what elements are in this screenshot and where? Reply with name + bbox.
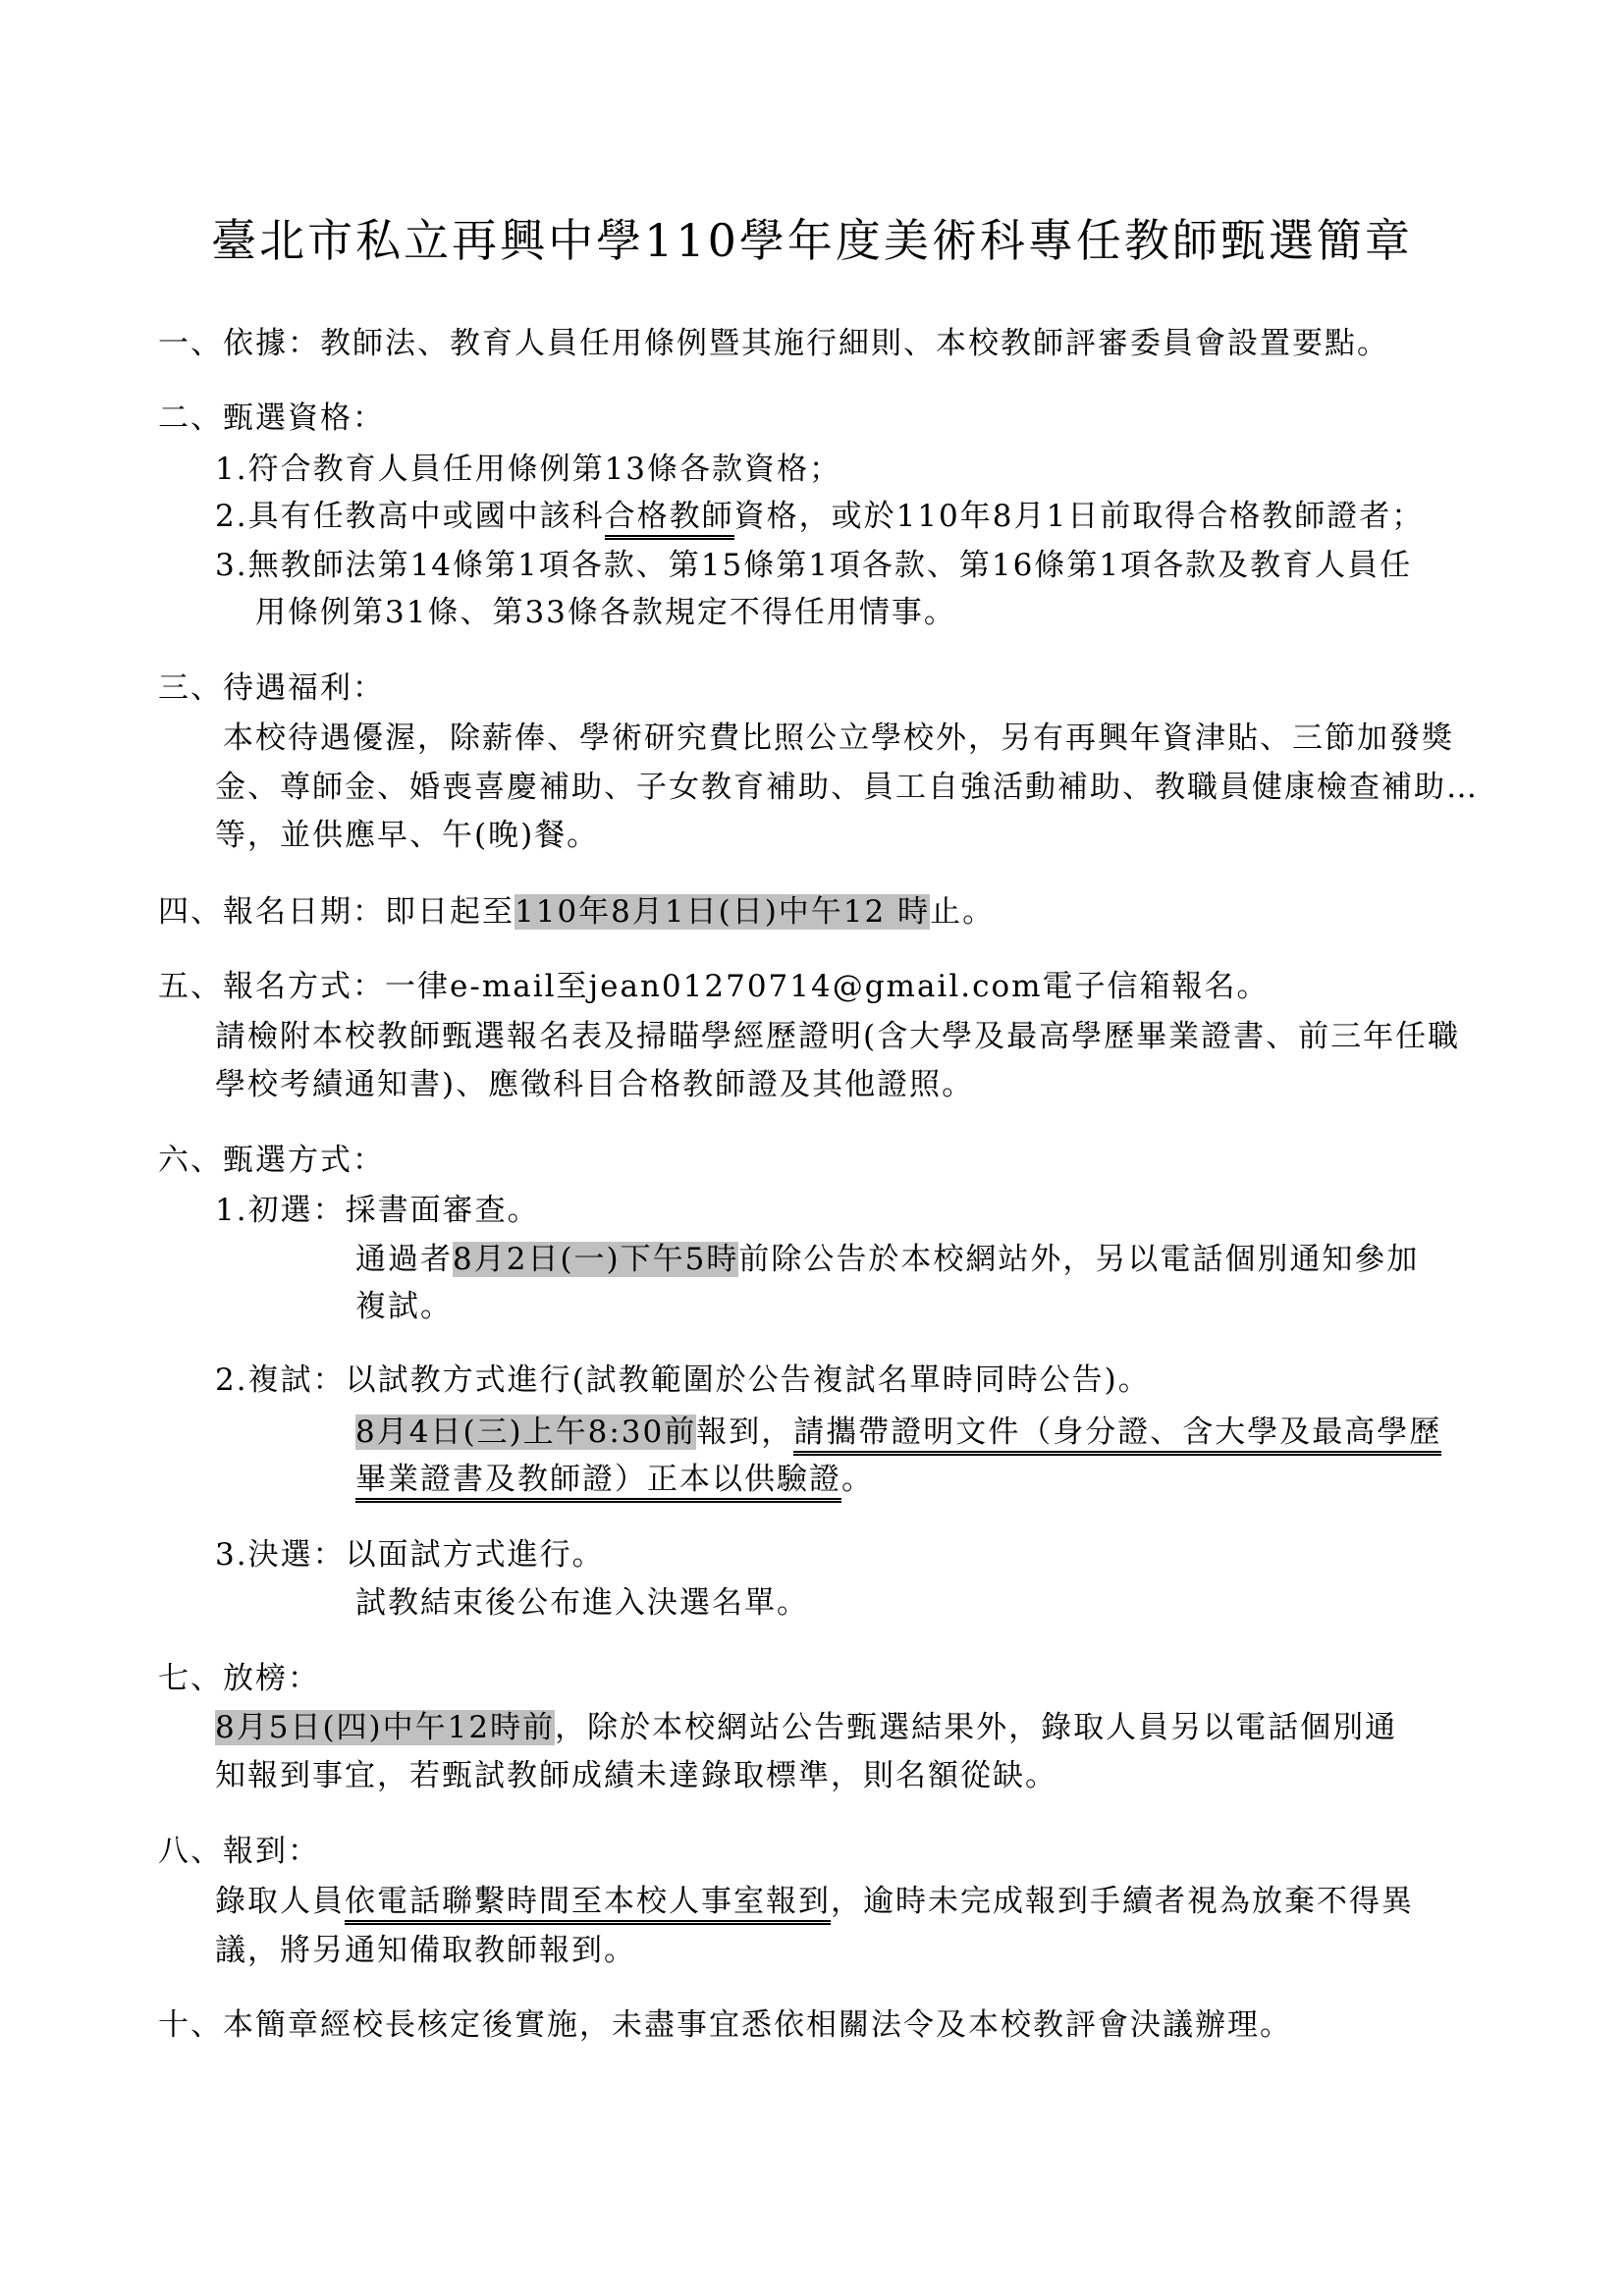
benefits-line-3: 等，並供應早、午(晚)餐。 bbox=[215, 814, 599, 857]
round-1-notice: 通過者8月2日(一)下午5時前除公告於本校網站外，另以電話個別通知參加 bbox=[355, 1238, 1419, 1281]
checkin-underlined: 依電話聯繫時間至本校人事室報到 bbox=[345, 1884, 831, 1925]
round-1-desc: 採書面審查。 bbox=[346, 1193, 540, 1228]
benefits-line-1: 本校待遇優渥，除薪俸、學術研究費比照公立學校外，另有再興年資津貼、三節加發獎 bbox=[223, 717, 1454, 760]
round-2-documents-underlined: 請攜帶證明文件（身分證、含大學及最高學歷 bbox=[793, 1415, 1441, 1456]
checkin-line-1-text-end: ，逾時未完成報到手續者視為放棄不得異 bbox=[831, 1884, 1414, 1919]
section-results-heading: 七、放榜： bbox=[158, 1657, 320, 1700]
round-1-notice-text: 通過者 bbox=[355, 1242, 453, 1277]
qualification-item-3: 3.無教師法第14條第1項各款、第15條第1項各款、第16條第1項各款及教育人員… bbox=[215, 544, 1412, 587]
registration-date-end: 止。 bbox=[930, 894, 995, 930]
qualification-item-2-text: 2.具有任教高中或國中該科 bbox=[215, 499, 605, 534]
round-3: 3.決選：以面試方式進行。 bbox=[215, 1533, 605, 1576]
checkin-line-1-text: 錄取人員 bbox=[215, 1884, 345, 1919]
round-2-date-highlight: 8月4日(三)上午8:30前 bbox=[355, 1415, 696, 1450]
section-selection-heading: 六、甄選方式： bbox=[158, 1139, 385, 1182]
round-3-notice: 試教結束後公布進入決選名單。 bbox=[355, 1581, 809, 1625]
registration-date-label: 四、報名日期：即日起至 bbox=[158, 894, 514, 930]
results-line-1: 8月5日(四)中午12時前，除於本校網站公告甄選結果外，錄取人員另以電話個別通 bbox=[215, 1706, 1397, 1749]
results-line-1-text: ，除於本校網站公告甄選結果外，錄取人員另以電話個別通 bbox=[555, 1710, 1397, 1745]
qualification-item-2: 2.具有任教高中或國中該科合格教師資格，或於110年8月1日前取得合格教師證者； bbox=[215, 495, 1424, 538]
round-3-desc: 以面試方式進行。 bbox=[346, 1537, 605, 1573]
page-title: 臺北市私立再興中學110學年度美術科專任教師甄選簡章 bbox=[0, 208, 1624, 273]
section-checkin-heading: 八、報到： bbox=[158, 1830, 320, 1873]
registration-deadline-highlight: 110年8月1日(日)中午12 時 bbox=[514, 894, 930, 930]
round-2-checkin-cont: 畢業證書及教師證）正本以供驗證。 bbox=[355, 1458, 874, 1501]
round-1-notice-cont: 複試。 bbox=[355, 1285, 453, 1328]
round-3-label: 3.決選： bbox=[215, 1537, 346, 1573]
section-closing: 十、本簡章經校長核定後實施，未盡事宜悉依相關法令及本校教評會決議辦理。 bbox=[158, 2003, 1292, 2047]
round-2-desc: 以試教方式進行(試教範圍於公告複試名單時同時公告)。 bbox=[346, 1362, 1151, 1398]
round-2-checkin-text: 報到， bbox=[696, 1415, 793, 1450]
section-registration-method: 五、報名方式：一律e-mail至jean01270714@gmail.com電子… bbox=[158, 965, 1270, 1008]
qualification-item-2-underlined: 合格教師 bbox=[605, 499, 734, 540]
qualification-item-1: 1.符合教育人員任用條例第13條各款資格； bbox=[215, 448, 841, 491]
registration-method-line-3: 學校考績通知書)、應徵科目合格教師證及其他證照。 bbox=[215, 1063, 974, 1106]
round-1-date-highlight: 8月2日(一)下午5時 bbox=[453, 1242, 738, 1277]
checkin-line-1: 錄取人員依電話聯繫時間至本校人事室報到，逾時未完成報到手續者視為放棄不得異 bbox=[215, 1880, 1414, 1923]
section-qualifications-heading: 二、甄選資格： bbox=[158, 397, 385, 440]
registration-method-line-2: 請檢附本校教師甄選報名表及掃瞄學經歷證明(含大學及最高學歷畢業證書、前三年任職 bbox=[215, 1015, 1460, 1058]
round-1-label: 1.初選： bbox=[215, 1193, 346, 1228]
round-2-documents-underlined-cont: 畢業證書及教師證）正本以供驗證 bbox=[355, 1462, 841, 1503]
round-2-checkin-end: 。 bbox=[841, 1462, 874, 1497]
section-registration-date: 四、報名日期：即日起至110年8月1日(日)中午12 時止。 bbox=[158, 890, 995, 934]
results-line-2: 知報到事宜，若甄試教師成績未達錄取標準，則名額從缺。 bbox=[215, 1754, 1057, 1797]
round-1: 1.初選：採書面審查。 bbox=[215, 1189, 540, 1232]
section-benefits-heading: 三、待遇福利： bbox=[158, 667, 385, 710]
round-1-notice-text-end: 前除公告於本校網站外，另以電話個別通知參加 bbox=[738, 1242, 1419, 1277]
round-2: 2.複試：以試教方式進行(試教範圍於公告複試名單時同時公告)。 bbox=[215, 1359, 1151, 1402]
section-basis: 一、依據：教師法、教育人員任用條例暨其施行細則、本校教師評審委員會設置要點。 bbox=[158, 322, 1389, 365]
results-date-highlight: 8月5日(四)中午12時前 bbox=[215, 1710, 555, 1745]
round-2-label: 2.複試： bbox=[215, 1362, 346, 1398]
checkin-line-2: 議，將另通知備取教師報到。 bbox=[215, 1929, 636, 1972]
qualification-item-2-text-end: 資格，或於110年8月1日前取得合格教師證者； bbox=[734, 499, 1425, 534]
round-2-checkin: 8月4日(三)上午8:30前報到，請攜帶證明文件（身分證、含大學及最高學歷 bbox=[355, 1411, 1441, 1454]
qualification-item-3-cont: 用條例第31條、第33條各款規定不得任用情事。 bbox=[255, 591, 956, 634]
benefits-line-2: 金、尊師金、婚喪喜慶補助、子女教育補助、員工自強活動補助、教職員健康檢查補助… bbox=[215, 766, 1479, 809]
